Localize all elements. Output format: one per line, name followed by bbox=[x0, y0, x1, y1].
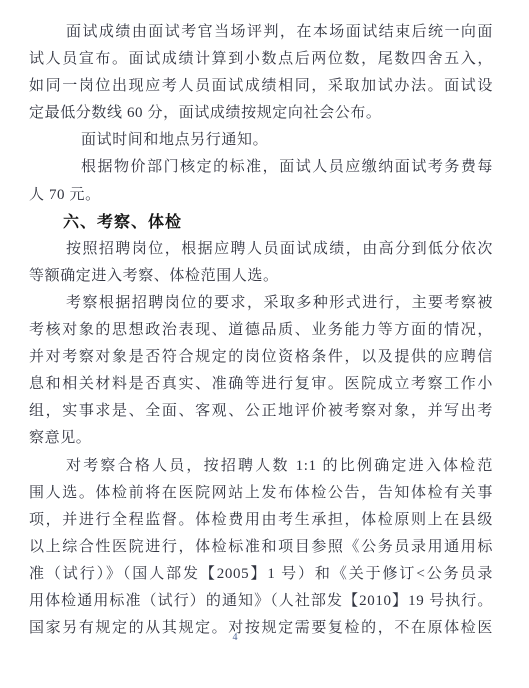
text-line: 如同一岗位出现应考人员面试成绩相同，采取加试办法。面试设 bbox=[29, 73, 493, 100]
section-heading: 六、考察、体检 bbox=[29, 209, 493, 236]
paragraph: 按照招聘岗位，根据应聘人员面试成绩，由高分到低分依次等额确定进入考察、体检范围人… bbox=[29, 236, 493, 290]
text-line: 组，实事求是、全面、客观、公正地评价被考察对象，并写出考 bbox=[29, 398, 493, 425]
text-line: 围人选。体检前将在医院网站上发布体检公告，告知体检有关事 bbox=[29, 480, 493, 507]
paragraph: 面试成绩由面试考官当场评判，在本场面试结束后统一向面试人员宣布。面试成绩计算到小… bbox=[29, 19, 493, 127]
document-page: 面试成绩由面试考官当场评判，在本场面试结束后统一向面试人员宣布。面试成绩计算到小… bbox=[0, 0, 529, 688]
text-line: 准（试行）》（国人部发【2005】1 号）和《关于修订<公务员录 bbox=[29, 561, 493, 588]
text-line: 项，并进行全程监督。体检费用由考生承担，体检原则上在县级 bbox=[29, 507, 493, 534]
text-line: 人 70 元。 bbox=[29, 182, 493, 209]
text-line: 等额确定进入考察、体检范围人选。 bbox=[29, 263, 493, 290]
paragraph: 面试时间和地点另行通知。 bbox=[29, 127, 493, 154]
text-line: 以上综合性医院进行，体检标准和项目参照《公务员录用通用标 bbox=[29, 534, 493, 561]
paragraph: 根据物价部门核定的标准，面试人员应缴纳面试考务费每人 70 元。 bbox=[29, 154, 493, 208]
text-column: 面试成绩由面试考官当场评判，在本场面试结束后统一向面试人员宣布。面试成绩计算到小… bbox=[29, 19, 493, 642]
text-line: 根据物价部门核定的标准，面试人员应缴纳面试考务费每 bbox=[29, 154, 493, 181]
text-line: 面试成绩由面试考官当场评判，在本场面试结束后统一向面 bbox=[29, 19, 493, 46]
text-line: 试人员宣布。面试成绩计算到小数点后两位数，尾数四舍五入， bbox=[29, 46, 493, 73]
text-line: 考核对象的思想政治表现、道德品质、业务能力等方面的情况， bbox=[29, 317, 493, 344]
text-line: 用体检通用标准（试行）的通知》（人社部发【2010】19 号执行。 bbox=[29, 588, 493, 615]
text-line: 考察根据招聘岗位的要求，采取多种形式进行，主要考察被 bbox=[29, 290, 493, 317]
text-line: 息和相关材料是否真实、准确等进行复审。医院成立考察工作小 bbox=[29, 371, 493, 398]
paragraph: 考察根据招聘岗位的要求，采取多种形式进行，主要考察被考核对象的思想政治表现、道德… bbox=[29, 290, 493, 453]
text-line: 察意见。 bbox=[29, 425, 493, 452]
paragraph: 对考察合格人员，按招聘人数 1:1 的比例确定进入体检范围人选。体检前将在医院网… bbox=[29, 453, 493, 643]
page-number: 4 bbox=[226, 631, 244, 645]
text-line: 国家另有规定的从其规定。对按规定需要复检的，不在原体检医 bbox=[29, 615, 493, 642]
text-line: 六、考察、体检 bbox=[29, 209, 493, 236]
text-line: 按照招聘岗位，根据应聘人员面试成绩，由高分到低分依次 bbox=[29, 236, 493, 263]
text-line: 定最低分数线 60 分，面试成绩按规定向社会公布。 bbox=[29, 100, 493, 127]
text-line: 面试时间和地点另行通知。 bbox=[29, 127, 493, 154]
text-line: 并对考察对象是否符合规定的岗位资格条件，以及提供的应聘信 bbox=[29, 344, 493, 371]
text-line: 对考察合格人员，按招聘人数 1:1 的比例确定进入体检范 bbox=[29, 453, 493, 480]
